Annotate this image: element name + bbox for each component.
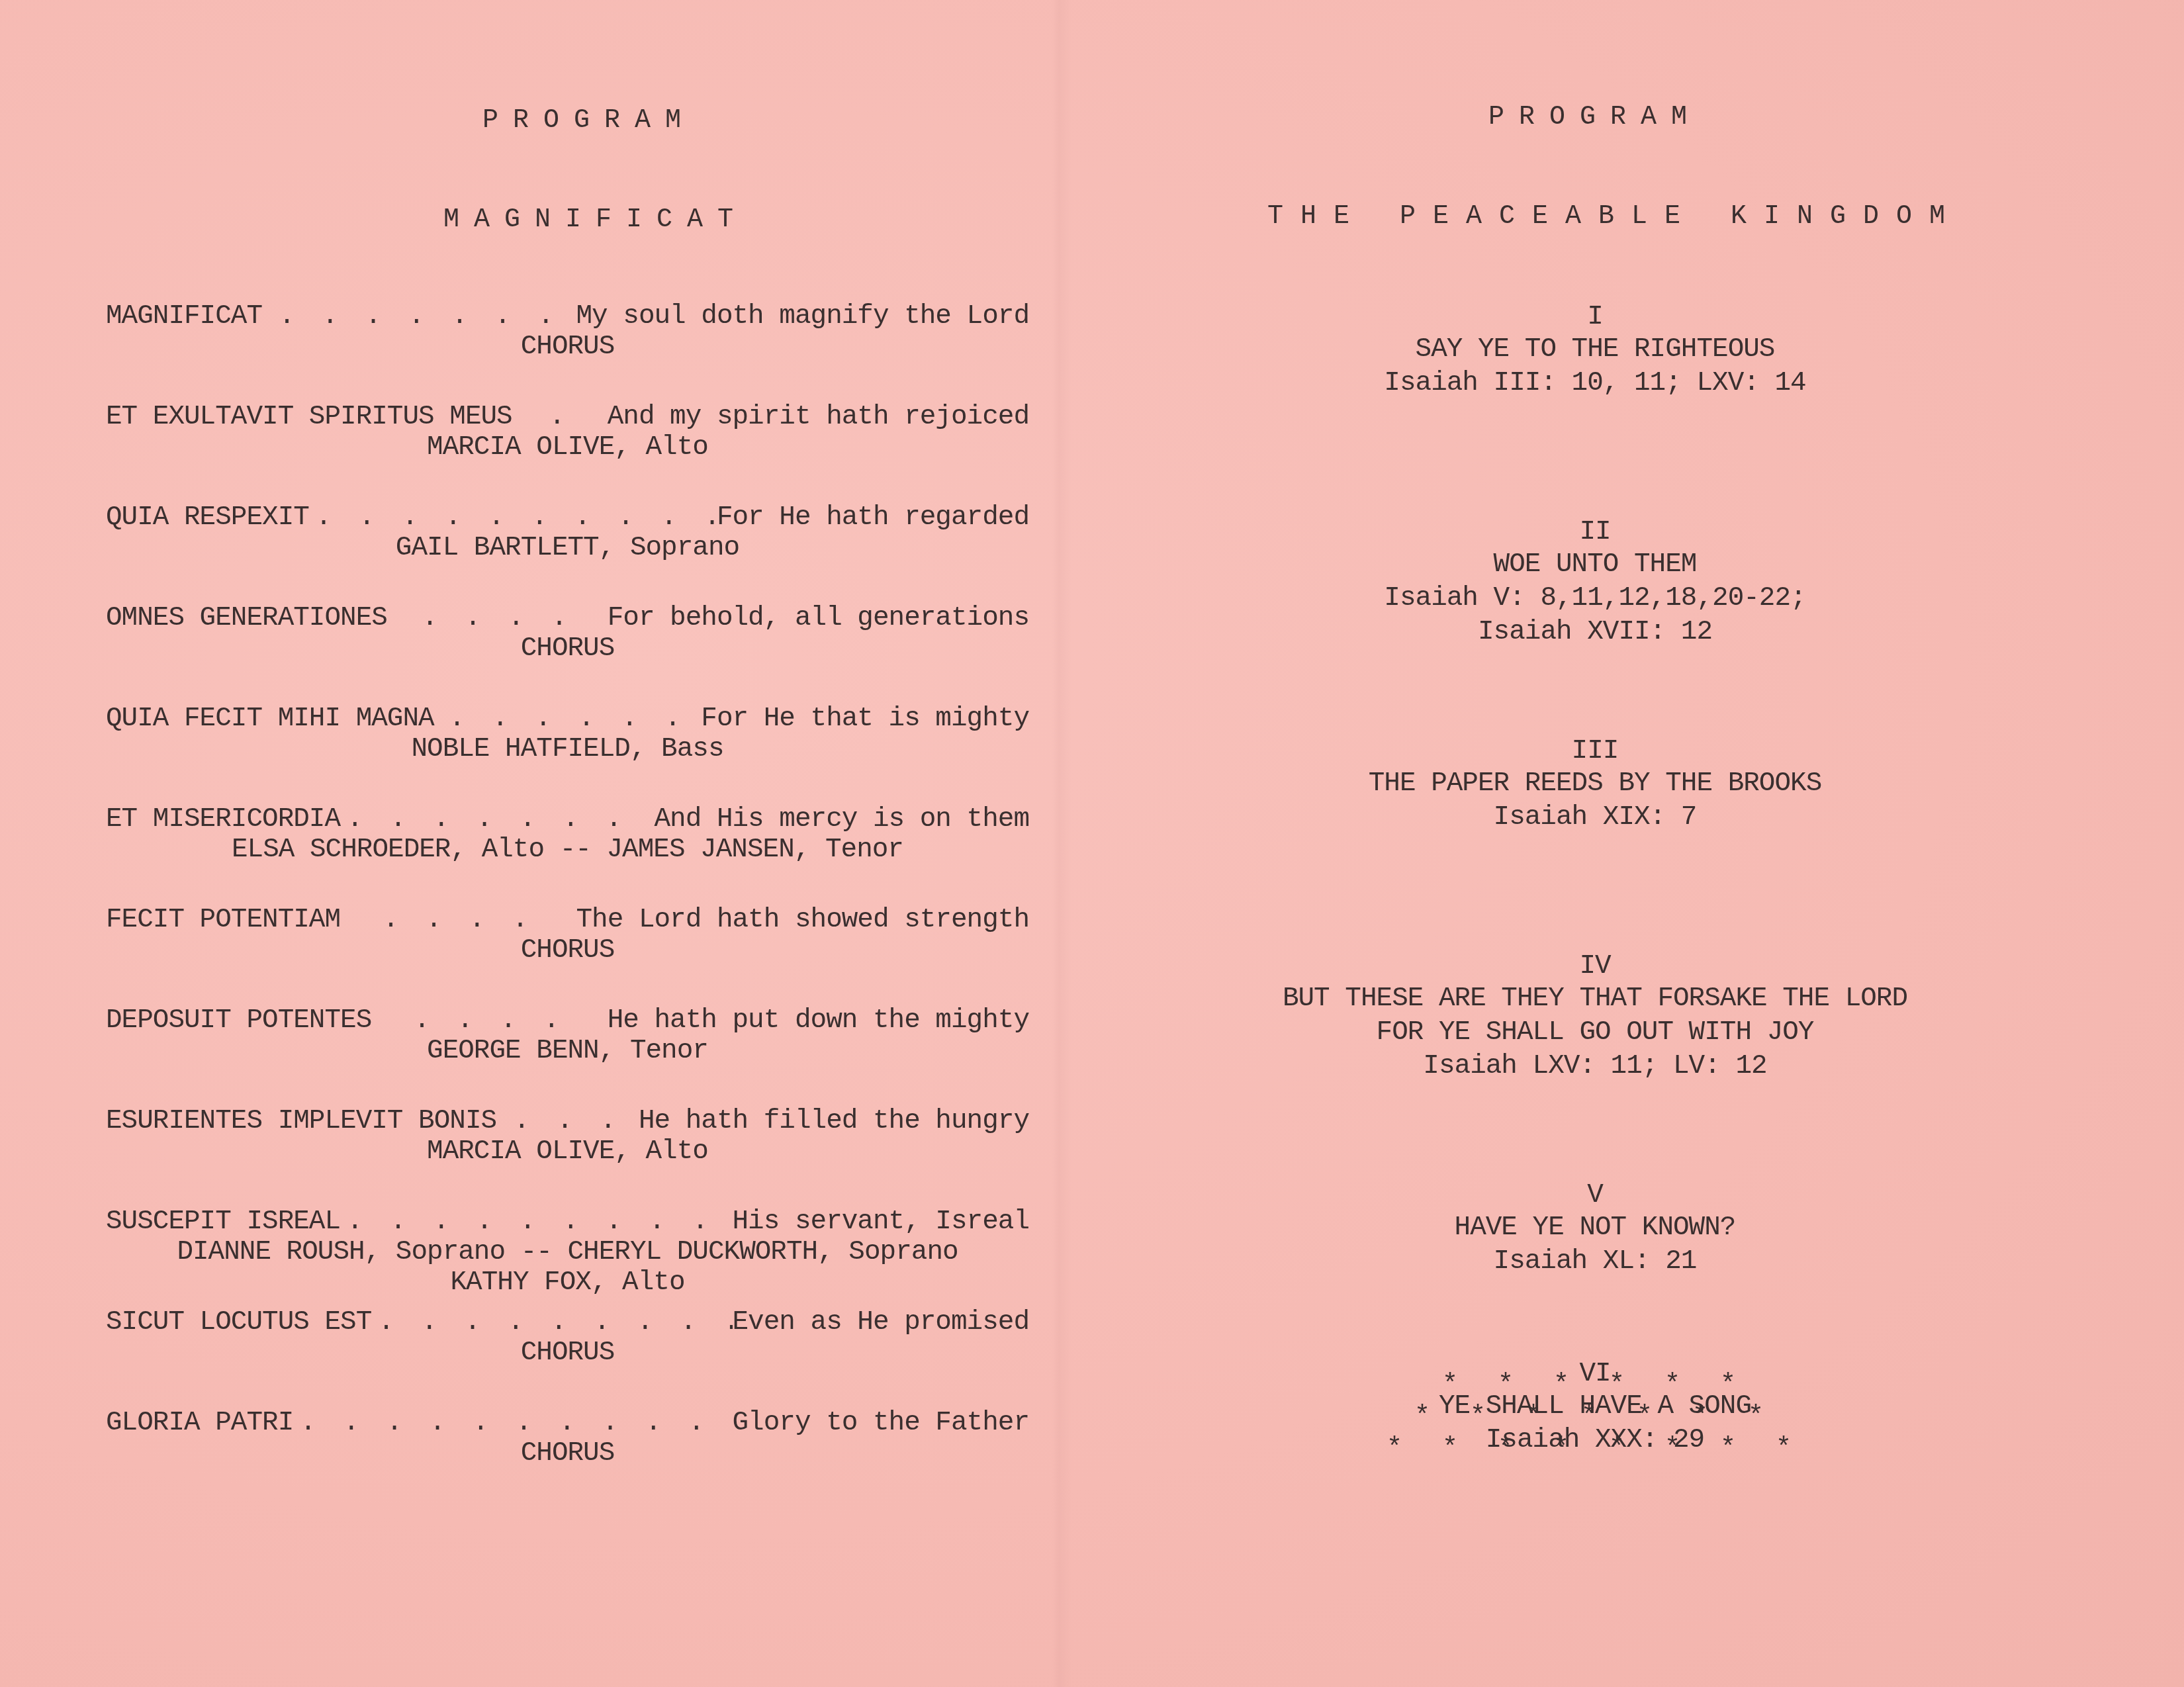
movement-entry: QUIA FECIT MIHI MAGNA. . . . . .For He t…: [106, 704, 1029, 804]
part-entry: VHAVE YE NOT KNOWN?Isaiah XL: 21: [1238, 1179, 1952, 1279]
performer-credit: CHORUS: [106, 332, 1029, 362]
part-list: ISAY YE TO THE RIGHTEOUSIsaiah III: 10, …: [1238, 301, 1952, 1457]
movement-latin-title: QUIA RESPEXIT: [106, 502, 309, 533]
dot-leader: .: [512, 402, 608, 432]
part-title: WOE UNTO THEM: [1238, 548, 1952, 582]
movement-english-title: He hath put down the mighty: [608, 1005, 1029, 1036]
scripture-reference: Isaiah XL: 21: [1238, 1245, 1952, 1279]
dot-leader: . . . .: [371, 1005, 607, 1036]
movement-entry: ET EXULTAVIT SPIRITUS MEUS.And my spirit…: [106, 402, 1029, 502]
dot-leader: . . . . . . . .: [340, 804, 654, 835]
movement-english-title: He hath filled the hungry: [639, 1106, 1029, 1136]
movement-line: MAGNIFICAT. . . . . . .My soul doth magn…: [106, 301, 1029, 332]
dot-leader: . . . .: [340, 905, 576, 935]
movement-line: DEPOSUIT POTENTES. . . .He hath put down…: [106, 1005, 1029, 1036]
movement-line: ET EXULTAVIT SPIRITUS MEUS.And my spirit…: [106, 402, 1029, 432]
part-title: BUT THESE ARE THEY THAT FORSAKE THE LORD: [1238, 982, 1952, 1016]
performer-credit: CHORUS: [106, 935, 1029, 966]
asterisk-row: * * * * * * * *: [1238, 1434, 1952, 1465]
scripture-reference: Isaiah V: 8,11,12,18,20-22;: [1238, 582, 1952, 616]
movement-line: OMNES GENERATIONES. . . .For behold, all…: [106, 603, 1029, 633]
movement-english-title: The Lord hath showed strength: [576, 905, 1029, 935]
scripture-reference: Isaiah XIX: 7: [1238, 801, 1952, 835]
movement-entry: SICUT LOCUTUS EST. . . . . . . . .Even a…: [106, 1307, 1029, 1408]
movement-latin-title: MAGNIFICAT: [106, 301, 262, 332]
movement-entry: QUIA RESPEXIT. . . . . . . . . . .For He…: [106, 502, 1029, 603]
movement-latin-title: ET EXULTAVIT SPIRITUS MEUS: [106, 402, 512, 432]
dot-leader: . . . . . . . . .: [371, 1307, 732, 1338]
movement-line: SICUT LOCUTUS EST. . . . . . . . .Even a…: [106, 1307, 1029, 1338]
dot-leader: . . . . . . . . . . .: [340, 1207, 732, 1237]
movement-english-title: And His mercy is on them: [655, 804, 1030, 835]
left-page-magnificat: PROGRAM MAGNIFICAT MAGNIFICAT. . . . . .…: [99, 0, 1026, 1687]
performer-credit: NOBLE HATFIELD, Bass: [106, 734, 1029, 764]
performer-credit: KATHY FOX, Alto: [106, 1267, 1029, 1298]
movement-english-title: For He hath regarded: [717, 502, 1029, 533]
movement-line: ET MISERICORDIA. . . . . . . .And His me…: [106, 804, 1029, 835]
part-title: THE PAPER REEDS BY THE BROOKS: [1238, 767, 1952, 801]
movement-entry: GLORIA PATRI. . . . . . . . . . . .Glory…: [106, 1408, 1029, 1508]
movement-entry: SUSCEPIT ISREAL. . . . . . . . . . .His …: [106, 1207, 1029, 1307]
asterisk-row: * * * * * * *: [1238, 1402, 1952, 1434]
movement-list: MAGNIFICAT. . . . . . .My soul doth magn…: [106, 301, 1029, 1508]
performer-credit: GEORGE BENN, Tenor: [106, 1036, 1029, 1066]
movement-entry: MAGNIFICAT. . . . . . .My soul doth magn…: [106, 301, 1029, 402]
movement-latin-title: ET MISERICORDIA: [106, 804, 340, 835]
work-title: MAGNIFICAT: [165, 205, 1026, 235]
work-title: THE PEACEABLE KINGDOM: [1198, 202, 2032, 232]
part-entry: ISAY YE TO THE RIGHTEOUSIsaiah III: 10, …: [1238, 301, 1952, 400]
performer-credit: CHORUS: [106, 633, 1029, 664]
program-label: PROGRAM: [152, 106, 1026, 136]
scripture-reference: Isaiah III: 10, 11; LXV: 14: [1238, 367, 1952, 400]
movement-latin-title: GLORIA PATRI: [106, 1408, 293, 1438]
movement-english-title: For He that is mighty: [701, 704, 1029, 734]
movement-entry: OMNES GENERATIONES. . . .For behold, all…: [106, 603, 1029, 704]
dot-leader: . . .: [496, 1106, 639, 1136]
movement-latin-title: SUSCEPIT ISREAL: [106, 1207, 340, 1237]
performer-credit: MARCIA OLIVE, Alto: [106, 1136, 1029, 1167]
part-entry: IIITHE PAPER REEDS BY THE BROOKSIsaiah X…: [1238, 735, 1952, 835]
movement-english-title: And my spirit hath rejoiced: [608, 402, 1029, 432]
movement-entry: FECIT POTENTIAM. . . .The Lord hath show…: [106, 905, 1029, 1005]
part-entry: IIWOE UNTO THEMIsaiah V: 8,11,12,18,20-2…: [1238, 516, 1952, 649]
movement-english-title: My soul doth magnify the Lord: [576, 301, 1029, 332]
part-numeral: III: [1238, 735, 1952, 767]
dot-leader: . . . .: [387, 603, 608, 633]
movement-latin-title: DEPOSUIT POTENTES: [106, 1005, 371, 1036]
performer-credit: DIANNE ROUSH, Soprano -- CHERYL DUCKWORT…: [106, 1237, 1029, 1267]
movement-english-title: For behold, all generations: [608, 603, 1029, 633]
dot-leader: . . . . . . .: [262, 301, 576, 332]
scripture-reference: Isaiah XVII: 12: [1238, 616, 1952, 649]
dot-leader: . . . . . .: [434, 704, 702, 734]
part-entry: IVBUT THESE ARE THEY THAT FORSAKE THE LO…: [1238, 950, 1952, 1083]
movement-line: FECIT POTENTIAM. . . .The Lord hath show…: [106, 905, 1029, 935]
asterisk-row: * * * * * *: [1238, 1370, 1952, 1402]
movement-line: ESURIENTES IMPLEVIT BONIS. . .He hath fi…: [106, 1106, 1029, 1136]
movement-latin-title: FECIT POTENTIAM: [106, 905, 340, 935]
movement-entry: ESURIENTES IMPLEVIT BONIS. . .He hath fi…: [106, 1106, 1029, 1207]
movement-line: QUIA RESPEXIT. . . . . . . . . . .For He…: [106, 502, 1029, 533]
part-numeral: V: [1238, 1179, 1952, 1211]
movement-english-title: His servant, Isreal: [733, 1207, 1029, 1237]
part-title: SAY YE TO THE RIGHTEOUS: [1238, 333, 1952, 367]
movement-latin-title: SICUT LOCUTUS EST: [106, 1307, 371, 1338]
program-label: PROGRAM: [1238, 103, 1952, 132]
dot-leader: . . . . . . . . . . . .: [293, 1408, 732, 1438]
movement-entry: DEPOSUIT POTENTES. . . .He hath put down…: [106, 1005, 1029, 1106]
movement-latin-title: QUIA FECIT MIHI MAGNA: [106, 704, 434, 734]
part-title: FOR YE SHALL GO OUT WITH JOY: [1238, 1016, 1952, 1050]
performer-credit: GAIL BARTLETT, Soprano: [106, 533, 1029, 563]
movement-latin-title: OMNES GENERATIONES: [106, 603, 387, 633]
performer-credit: CHORUS: [106, 1438, 1029, 1469]
movement-latin-title: ESURIENTES IMPLEVIT BONIS: [106, 1106, 496, 1136]
movement-line: SUSCEPIT ISREAL. . . . . . . . . . .His …: [106, 1207, 1029, 1237]
part-numeral: IV: [1238, 950, 1952, 982]
movement-line: QUIA FECIT MIHI MAGNA. . . . . .For He t…: [106, 704, 1029, 734]
movement-entry: ET MISERICORDIA. . . . . . . .And His me…: [106, 804, 1029, 905]
performer-credit: MARCIA OLIVE, Alto: [106, 432, 1029, 463]
performer-credit: ELSA SCHROEDER, Alto -- JAMES JANSEN, Te…: [106, 835, 1029, 865]
scripture-reference: Isaiah LXV: 11; LV: 12: [1238, 1050, 1952, 1083]
part-numeral: II: [1238, 516, 1952, 548]
movement-english-title: Glory to the Father: [733, 1408, 1029, 1438]
performer-credit: CHORUS: [106, 1338, 1029, 1368]
right-page-peaceable-kingdom: PROGRAM THE PEACEABLE KINGDOM ISAY YE TO…: [1238, 0, 1952, 1687]
movement-line: GLORIA PATRI. . . . . . . . . . . .Glory…: [106, 1408, 1029, 1438]
asterisk-ornament: * * * * * ** * * * * * ** * * * * * * *: [1238, 1370, 1952, 1465]
part-numeral: I: [1238, 301, 1952, 333]
part-title: HAVE YE NOT KNOWN?: [1238, 1211, 1952, 1245]
dot-leader: . . . . . . . . . . .: [309, 502, 717, 533]
movement-english-title: Even as He promised: [733, 1307, 1029, 1338]
